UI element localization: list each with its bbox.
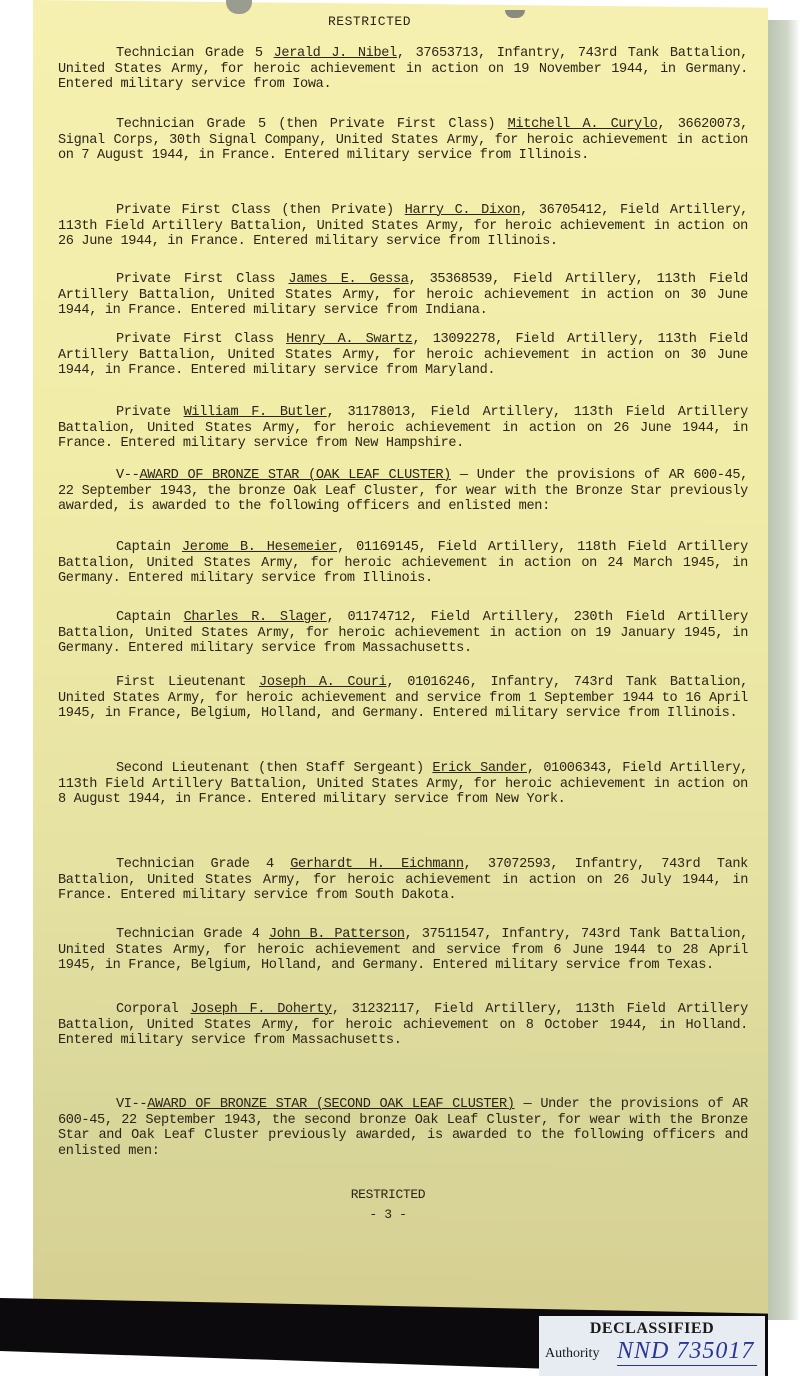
citation-paragraph: Corporal Joseph F. Doherty, 31232117, Fi…	[58, 1002, 748, 1049]
classification-footer: RESTRICTED	[328, 1185, 448, 1205]
stamp-title: DECLASSIFIED	[539, 1320, 765, 1338]
citation-paragraph: VI--AWARD OF BRONZE STAR (SECOND OAK LEA…	[58, 1097, 748, 1159]
citation-paragraph: First Lieutenant Joseph A. Couri, 010162…	[58, 675, 748, 722]
recipient-name: Henry A. Swartz	[286, 332, 412, 347]
paragraph-prefix: First Lieutenant	[116, 675, 259, 690]
citation-paragraph: V--AWARD OF BRONZE STAR (OAK LEAF CLUSTE…	[58, 468, 748, 515]
recipient-name: Charles R. Slager	[184, 610, 327, 625]
citation-paragraph: Technician Grade 5 Jerald J. Nibel, 3765…	[58, 46, 748, 93]
stamp-authority-value: NND 735017	[617, 1338, 757, 1366]
paragraph-prefix: VI--	[116, 1097, 147, 1112]
citation-paragraph: Technician Grade 4 Gerhardt H. Eichmann,…	[58, 857, 748, 904]
recipient-name: Jerald J. Nibel	[274, 46, 397, 61]
recipient-name: Joseph A. Couri	[259, 675, 386, 690]
recipient-name: Joseph F. Doherty	[191, 1002, 332, 1017]
paragraph-prefix: Technician Grade 4	[116, 927, 269, 942]
paragraph-prefix: V--	[116, 468, 139, 483]
recipient-name: AWARD OF BRONZE STAR (OAK LEAF CLUSTER)	[139, 468, 451, 483]
paragraph-prefix: Private First Class	[116, 272, 288, 287]
paragraph-prefix: Captain	[116, 540, 182, 555]
recipient-name: Erick Sander	[432, 761, 527, 776]
paragraph-prefix: Technician Grade 4	[116, 857, 290, 872]
citation-paragraph: Private William F. Butler, 31178013, Fie…	[58, 405, 748, 452]
citation-paragraph: Captain Jerome B. Hesemeier, 01169145, F…	[58, 540, 748, 587]
citation-paragraph: Captain Charles R. Slager, 01174712, Fie…	[58, 610, 748, 657]
recipient-name: AWARD OF BRONZE STAR (SECOND OAK LEAF CL…	[147, 1097, 514, 1112]
recipient-name: Harry C. Dixon	[405, 203, 520, 218]
paragraph-prefix: Corporal	[116, 1002, 191, 1017]
declassified-stamp: DECLASSIFIED Authority NND 735017	[539, 1316, 765, 1376]
stamp-label: Authority	[545, 1346, 599, 1362]
paragraph-prefix: Private First Class	[116, 332, 286, 347]
document-footer: RESTRICTED - 3 -	[328, 1185, 448, 1225]
recipient-name: William F. Butler	[184, 405, 327, 420]
scan-edge	[768, 20, 800, 1320]
recipient-name: John B. Patterson	[269, 927, 405, 942]
citation-paragraph: Private First Class (then Private) Harry…	[58, 203, 748, 250]
citation-paragraph: Private First Class Henry A. Swartz, 130…	[58, 332, 748, 379]
paragraph-prefix: Private First Class (then Private)	[116, 203, 405, 218]
paragraph-prefix: Private	[116, 405, 184, 420]
citation-paragraph: Technician Grade 5 (then Private First C…	[58, 117, 748, 164]
citation-paragraph: Technician Grade 4 John B. Patterson, 37…	[58, 927, 748, 974]
paragraph-prefix: Second Lieutenant (then Staff Sergeant)	[116, 761, 432, 776]
recipient-name: Mitchell A. Curylo	[508, 117, 658, 132]
classification-header: RESTRICTED	[328, 14, 411, 30]
paragraph-prefix: Technician Grade 5 (then Private First C…	[116, 117, 508, 132]
recipient-name: James E. Gessa	[288, 272, 408, 287]
recipient-name: Gerhardt H. Eichmann	[290, 857, 463, 872]
citation-paragraph: Private First Class James E. Gessa, 3536…	[58, 272, 748, 319]
paragraph-prefix: Captain	[116, 610, 184, 625]
page-number: - 3 -	[328, 1205, 448, 1225]
recipient-name: Jerome B. Hesemeier	[182, 540, 337, 555]
paragraph-prefix: Technician Grade 5	[116, 46, 274, 61]
citation-paragraph: Second Lieutenant (then Staff Sergeant) …	[58, 761, 748, 808]
